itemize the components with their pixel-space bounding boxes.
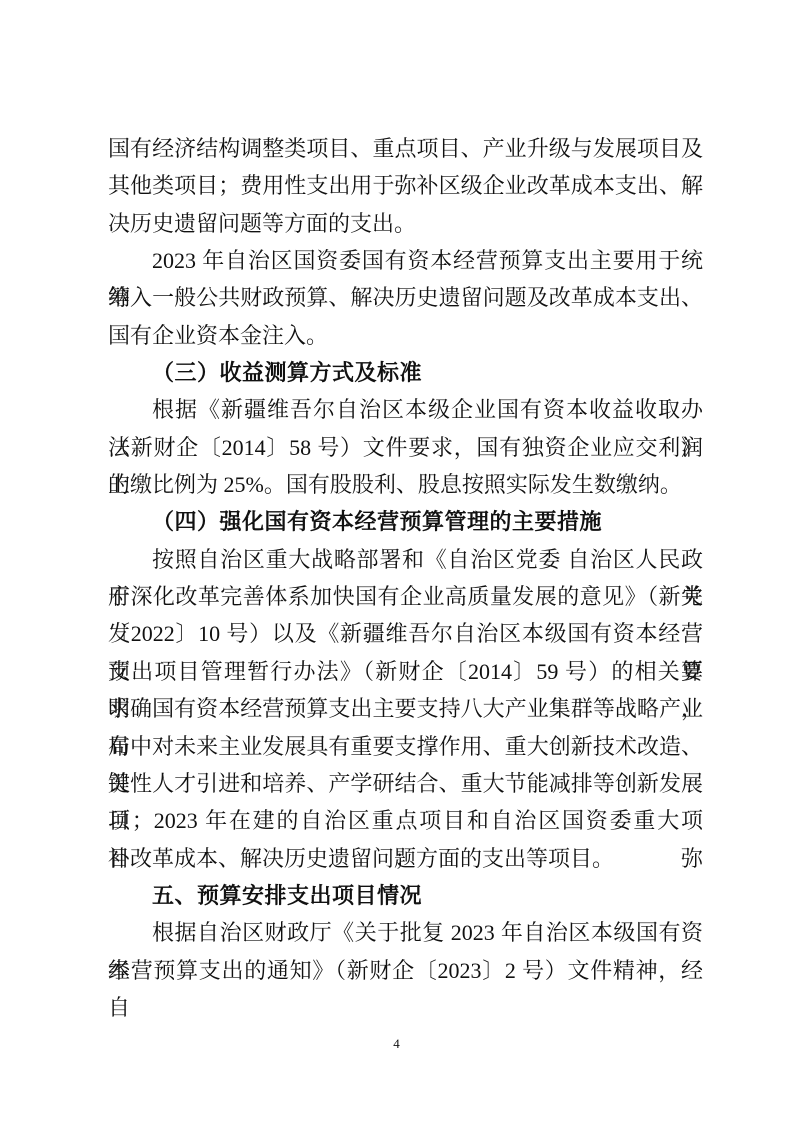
- text-line: 局中对未来主业发展具有重要支撑作用、重大创新技术改造、关: [108, 728, 703, 765]
- text-line: 国有经济结构调整类项目、重点项目、产业升级与发展项目及: [108, 130, 703, 167]
- section-heading-3: （三）收益测算方式及标准: [108, 354, 703, 391]
- text-line: 上缴比例为 25%。国有股股利、股息按照实际发生数缴纳。: [108, 466, 703, 503]
- page-number: 4: [0, 1036, 793, 1052]
- section-heading-5: 五、预算安排支出项目情况: [108, 877, 703, 914]
- text-line: 根据自治区财政厅《关于批复 2023 年自治区本级国有资本: [108, 914, 703, 951]
- text-line: 于深化改革完善体系加快国有企业高质量发展的意见》（新党发: [108, 578, 703, 615]
- text-line: 其他类项目；费用性支出用于弥补区级企业改革成本支出、解: [108, 167, 703, 204]
- text-line: 〔2022〕10 号）以及《新疆维吾尔自治区本级国有资本经营预算: [108, 615, 703, 652]
- document-page: 国有经济结构调整类项目、重点项目、产业升级与发展项目及 其他类项目；费用性支出用…: [0, 0, 793, 1122]
- text-line: 目；2023 年在建的自治区重点项目和自治区国资委重大项目；弥: [108, 802, 703, 839]
- text-line: 2023 年自治区国资委国有资本经营预算支出主要用于统筹: [108, 242, 703, 279]
- text-line: 国有企业资本金注入。: [108, 317, 703, 354]
- document-body: 国有经济结构调整类项目、重点项目、产业升级与发展项目及 其他类项目；费用性支出用…: [108, 130, 703, 989]
- text-line: 纳入一般公共财政预算、解决历史遗留问题及改革成本支出、: [108, 279, 703, 316]
- text-line: 补改革成本、解决历史遗留问题方面的支出等项目。: [108, 840, 703, 877]
- text-line: 经营预算支出的通知》（新财企〔2023〕2 号）文件精神，经自: [108, 952, 703, 989]
- text-line: 键性人才引进和培养、产学研结合、重大节能减排等创新发展项: [108, 765, 703, 802]
- section-heading-4: （四）强化国有资本经营预算管理的主要措施: [108, 503, 703, 540]
- text-line: 按照自治区重大战略部署和《自治区党委 自治区人民政府关: [108, 541, 703, 578]
- text-line: 支出项目管理暂行办法》（新财企〔2014〕59 号）的相关要求，: [108, 653, 703, 690]
- text-line: （新财企〔2014〕58 号）文件要求，国有独资企业应交利润的: [108, 429, 703, 466]
- text-line: 决历史遗留问题等方面的支出。: [108, 205, 703, 242]
- text-line: 明确国有资本经营预算支出主要支持八大产业集群等战略产业布: [108, 690, 703, 727]
- text-line: 根据《新疆维吾尔自治区本级企业国有资本收益收取办法》: [108, 391, 703, 428]
